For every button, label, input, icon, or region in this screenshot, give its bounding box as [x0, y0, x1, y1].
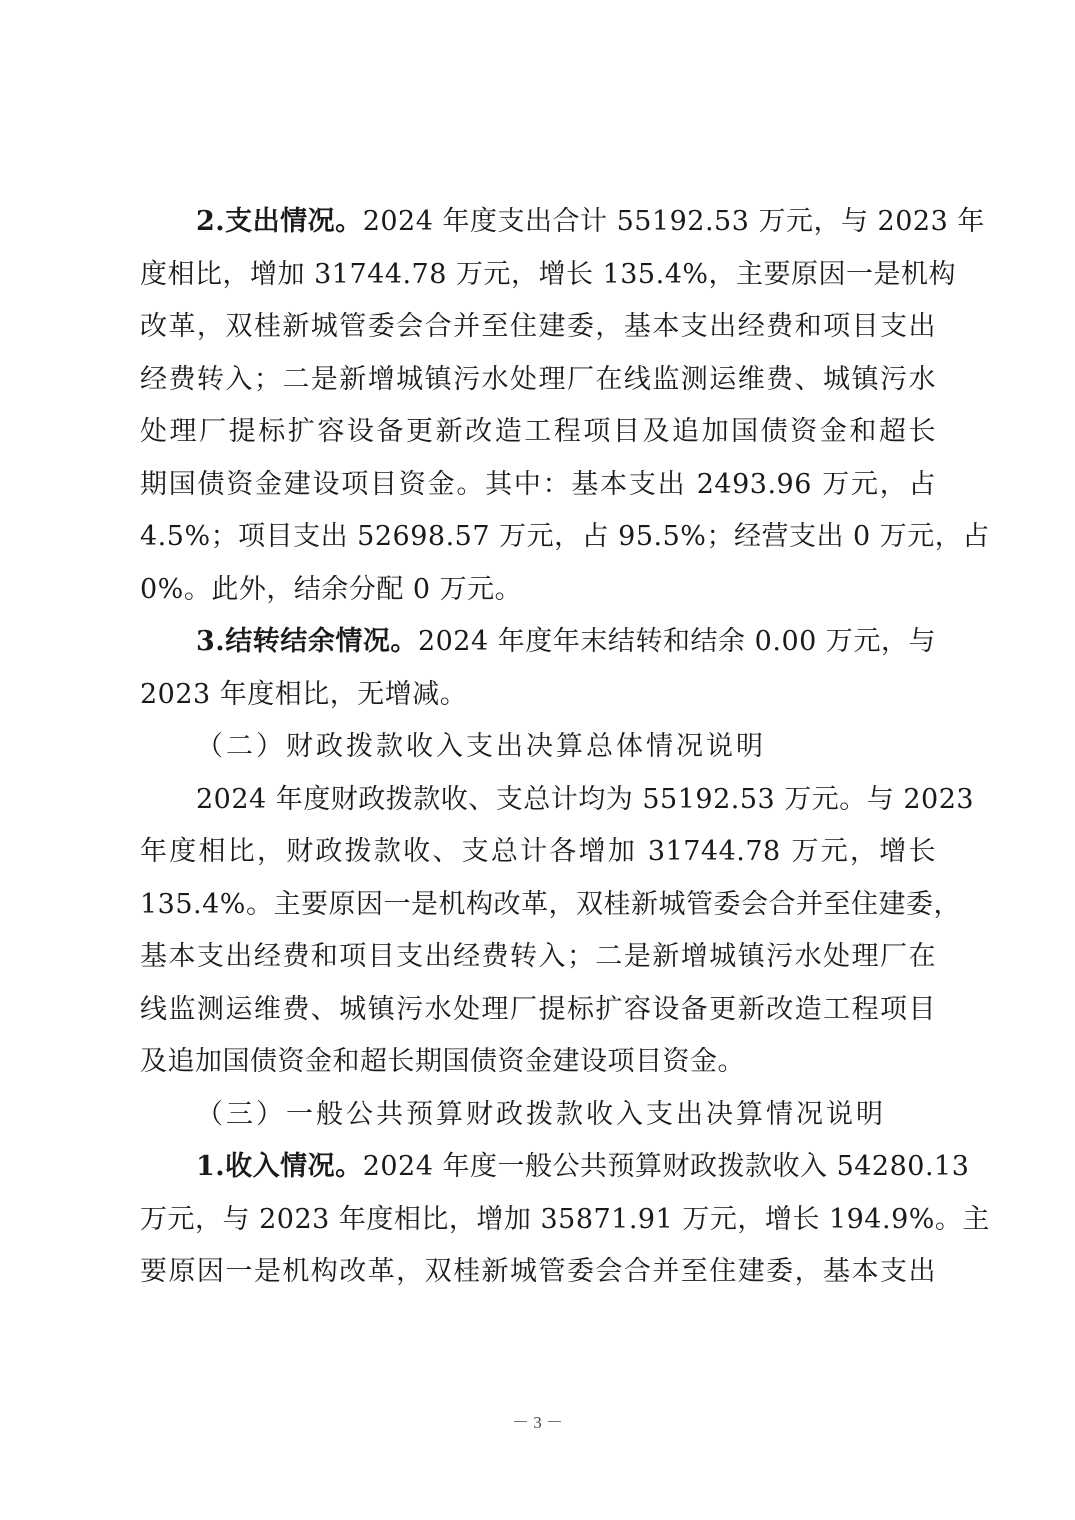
- paragraph-line: 1.收入情况。2024 年度一般公共预算财政拨款收入 54280.13: [140, 1141, 936, 1194]
- paragraph-line: 0%。此外，结余分配 0 万元。: [140, 564, 936, 617]
- paragraph-line: 处理厂提标扩容设备更新改造工程项目及追加国债资金和超长: [140, 406, 936, 459]
- paragraph-line: 期国债资金建设项目资金。其中：基本支出 2493.96 万元，占: [140, 459, 936, 512]
- paragraph-line: 3.结转结余情况。2024 年度年末结转和结余 0.00 万元，与: [140, 616, 936, 669]
- paragraph-line: 4.5%；项目支出 52698.57 万元，占 95.5%；经营支出 0 万元，…: [140, 511, 936, 564]
- paragraph-line: 135.4%。主要原因一是机构改革，双桂新城管委会合并至住建委，: [140, 879, 936, 932]
- paragraph-line: 改革，双桂新城管委会合并至住建委，基本支出经费和项目支出: [140, 301, 936, 354]
- paragraph-line: 2.支出情况。2024 年度支出合计 55192.53 万元，与 2023 年: [140, 196, 936, 249]
- paragraph-line: 万元，与 2023 年度相比，增加 35871.91 万元，增长 194.9%。…: [140, 1194, 936, 1247]
- paragraph-line: 基本支出经费和项目支出经费转入；二是新增城镇污水处理厂在: [140, 931, 936, 984]
- paragraph-line: 线监测运维费、城镇污水处理厂提标扩容设备更新改造工程项目: [140, 984, 936, 1037]
- section-heading: （二）财政拨款收入支出决算总体情况说明: [140, 721, 936, 774]
- section-heading: （三）一般公共预算财政拨款收入支出决算情况说明: [140, 1089, 936, 1142]
- paragraph-line: 经费转入；二是新增城镇污水处理厂在线监测运维费、城镇污水: [140, 354, 936, 407]
- page-number: － 3 －: [0, 1408, 1075, 1433]
- paragraph-line: 要原因一是机构改革，双桂新城管委会合并至住建委，基本支出: [140, 1246, 936, 1299]
- paragraph-line: 度相比，增加 31744.78 万元，增长 135.4%，主要原因一是机构: [140, 249, 936, 302]
- paragraph-line: 及追加国债资金和超长期国债资金建设项目资金。: [140, 1036, 936, 1089]
- paragraph-line: 2024 年度财政拨款收、支总计均为 55192.53 万元。与 2023: [140, 774, 936, 827]
- document-body: 2.支出情况。2024 年度支出合计 55192.53 万元，与 2023 年 …: [140, 196, 936, 1299]
- paragraph-line: 年度相比，财政拨款收、支总计各增加 31744.78 万元，增长: [140, 826, 936, 879]
- paragraph-line: 2023 年度相比，无增减。: [140, 669, 936, 722]
